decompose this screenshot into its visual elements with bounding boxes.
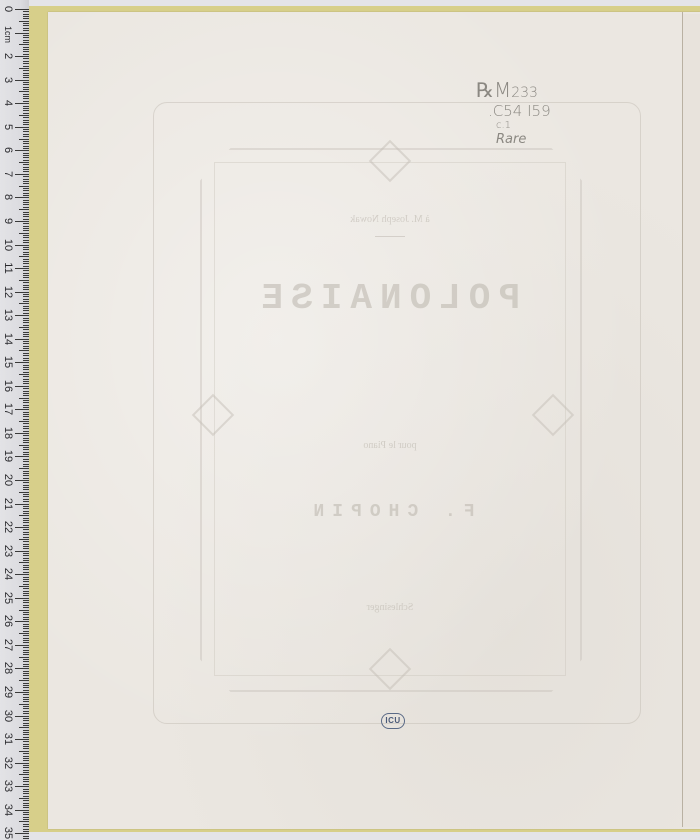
ruler-mark-label: 17 (1, 402, 15, 416)
ruler-tick (15, 221, 29, 222)
ruler-tick (19, 115, 29, 116)
ruler-tick (19, 657, 29, 658)
show-through-rule (375, 236, 405, 237)
ruler-mark-label: 29 (1, 685, 15, 699)
ruler-mark-label: 6 (1, 143, 15, 157)
ruler-mark-label: 10 (1, 238, 15, 252)
ruler-tick (15, 480, 29, 481)
ruler-mark-label: 15 (1, 355, 15, 369)
ruler-tick (15, 33, 29, 34)
ruler-tick (19, 610, 29, 611)
show-through-subtitle: pour le Piano (300, 440, 480, 451)
ruler-mark-label: 18 (1, 426, 15, 440)
ruler-tick (15, 668, 29, 669)
ruler-tick (19, 586, 29, 587)
ruler-tick (19, 680, 29, 681)
ruler-tick (19, 256, 29, 257)
ruler-tick (15, 739, 29, 740)
call-copy: c.1 (496, 121, 551, 131)
ruler-tick (19, 233, 29, 234)
show-through-composer: F. CHOPIN (290, 502, 490, 522)
call-number: 233 (511, 85, 538, 101)
ruler-tick (15, 80, 29, 81)
ruler-mark-label: 26 (1, 614, 15, 628)
ruler-tick (19, 562, 29, 563)
ruler-tick (19, 515, 29, 516)
call-class: M (494, 78, 511, 102)
call-prefix: ℞ (476, 78, 494, 102)
ruler-tick (15, 504, 29, 505)
ruler-tick (19, 798, 29, 799)
ruler-tick (15, 763, 29, 764)
ruler-tick (19, 774, 29, 775)
ruler-tick (19, 186, 29, 187)
ruler-tick (15, 197, 29, 198)
ruler-tick (15, 292, 29, 293)
ruler-tick (15, 786, 29, 787)
ruler-tick (15, 527, 29, 528)
ruler-tick (15, 716, 29, 717)
ruler-tick (15, 268, 29, 269)
ruler-tick (19, 492, 29, 493)
ruler-mark-label: 19 (1, 449, 15, 463)
ruler-tick (15, 409, 29, 410)
ruler-tick (19, 751, 29, 752)
ruler-tick (19, 21, 29, 22)
ruler-tick (19, 68, 29, 69)
ruler-tick (19, 539, 29, 540)
ruler-mark-label: 14 (1, 332, 15, 346)
scan-background-bottom (29, 832, 700, 840)
ruler-tick (19, 374, 29, 375)
ruler-tick (19, 468, 29, 469)
ruler-tick (15, 621, 29, 622)
ruler-tick (15, 127, 29, 128)
ruler-tick (15, 692, 29, 693)
ruler-mark-label: 31 (1, 732, 15, 746)
ruler-mark-label: 20 (1, 473, 15, 487)
ruler-tick (15, 9, 29, 10)
call-cutter: .C54 I59 (488, 104, 551, 119)
ruler-mark-label: 23 (1, 544, 15, 558)
ruler-mark-label: 27 (1, 638, 15, 652)
ruler-mark-label: 3 (1, 73, 15, 87)
ruler-mark-label: 22 (1, 520, 15, 534)
ruler-tick (19, 398, 29, 399)
ruler-tick (15, 339, 29, 340)
ruler-tick (15, 315, 29, 316)
ruler-mark-label: 2 (1, 49, 15, 63)
ruler-mark-label: 28 (1, 661, 15, 675)
ruler-tick (15, 645, 29, 646)
ruler-tick (19, 162, 29, 163)
ruler-tick (15, 150, 29, 151)
ruler-tick (19, 704, 29, 705)
ruler-tick (15, 433, 29, 434)
ruler-tick (15, 386, 29, 387)
ruler-tick (19, 280, 29, 281)
ruler-mark-label: 1cm (1, 26, 15, 40)
ruler-tick (19, 821, 29, 822)
ruler-mark-label: 34 (1, 803, 15, 817)
ruler-tick (15, 598, 29, 599)
ruler-mark-label: 13 (1, 308, 15, 322)
ruler-tick (19, 139, 29, 140)
ruler-tick (15, 362, 29, 363)
ruler-mark-label: 25 (1, 591, 15, 605)
ruler-mark-label: 8 (1, 190, 15, 204)
ruler-mark-label: 32 (1, 756, 15, 770)
ruler-tick (19, 303, 29, 304)
ruler-mark-label: 0 (1, 2, 15, 16)
ruler-tick (15, 551, 29, 552)
measuring-ruler: 01cm234567891011121314151617181920212223… (0, 0, 30, 840)
call-collection: Rare (496, 133, 551, 146)
ruler-tick (15, 103, 29, 104)
page-fold-line (682, 12, 683, 827)
ruler-tick (15, 174, 29, 175)
ruler-mark-label: 7 (1, 167, 15, 181)
ruler-tick (19, 91, 29, 92)
ruler-tick (15, 810, 29, 811)
ruler-mark-label: 21 (1, 497, 15, 511)
show-through-title: POLONAISE (260, 278, 520, 319)
ruler-tick (15, 245, 29, 246)
ruler-mark-label: 9 (1, 214, 15, 228)
ruler-mark-label: 4 (1, 96, 15, 110)
ruler-tick (19, 421, 29, 422)
show-through-publisher: Schlesinger (320, 602, 460, 613)
adjacent-page-edge (683, 14, 700, 827)
library-call-number: ℞M233 .C54 I59 c.1 Rare (476, 80, 551, 146)
ruler-mark-label: 30 (1, 709, 15, 723)
ruler-tick (19, 44, 29, 45)
ruler-mark-label: 16 (1, 379, 15, 393)
ruler-tick (19, 633, 29, 634)
ruler-tick (15, 456, 29, 457)
ruler-tick (19, 350, 29, 351)
ruler-mark-label: 12 (1, 285, 15, 299)
ruler-tick (19, 327, 29, 328)
ruler-mark-label: 11 (1, 261, 15, 275)
ruler-mark-label: 5 (1, 120, 15, 134)
show-through-dedication: à M. Joseph Nowak (300, 214, 480, 225)
ruler-mark-label: 35 (1, 826, 15, 840)
ruler-mark-label: 24 (1, 567, 15, 581)
ruler-tick (15, 574, 29, 575)
ruler-tick (15, 833, 29, 834)
ruler-tick (19, 445, 29, 446)
icu-stamp: ICU (381, 713, 405, 729)
ruler-tick (19, 209, 29, 210)
ruler-tick (15, 56, 29, 57)
ruler-tick (19, 727, 29, 728)
show-through-inner-frame (214, 162, 566, 676)
ruler-mark-label: 33 (1, 779, 15, 793)
